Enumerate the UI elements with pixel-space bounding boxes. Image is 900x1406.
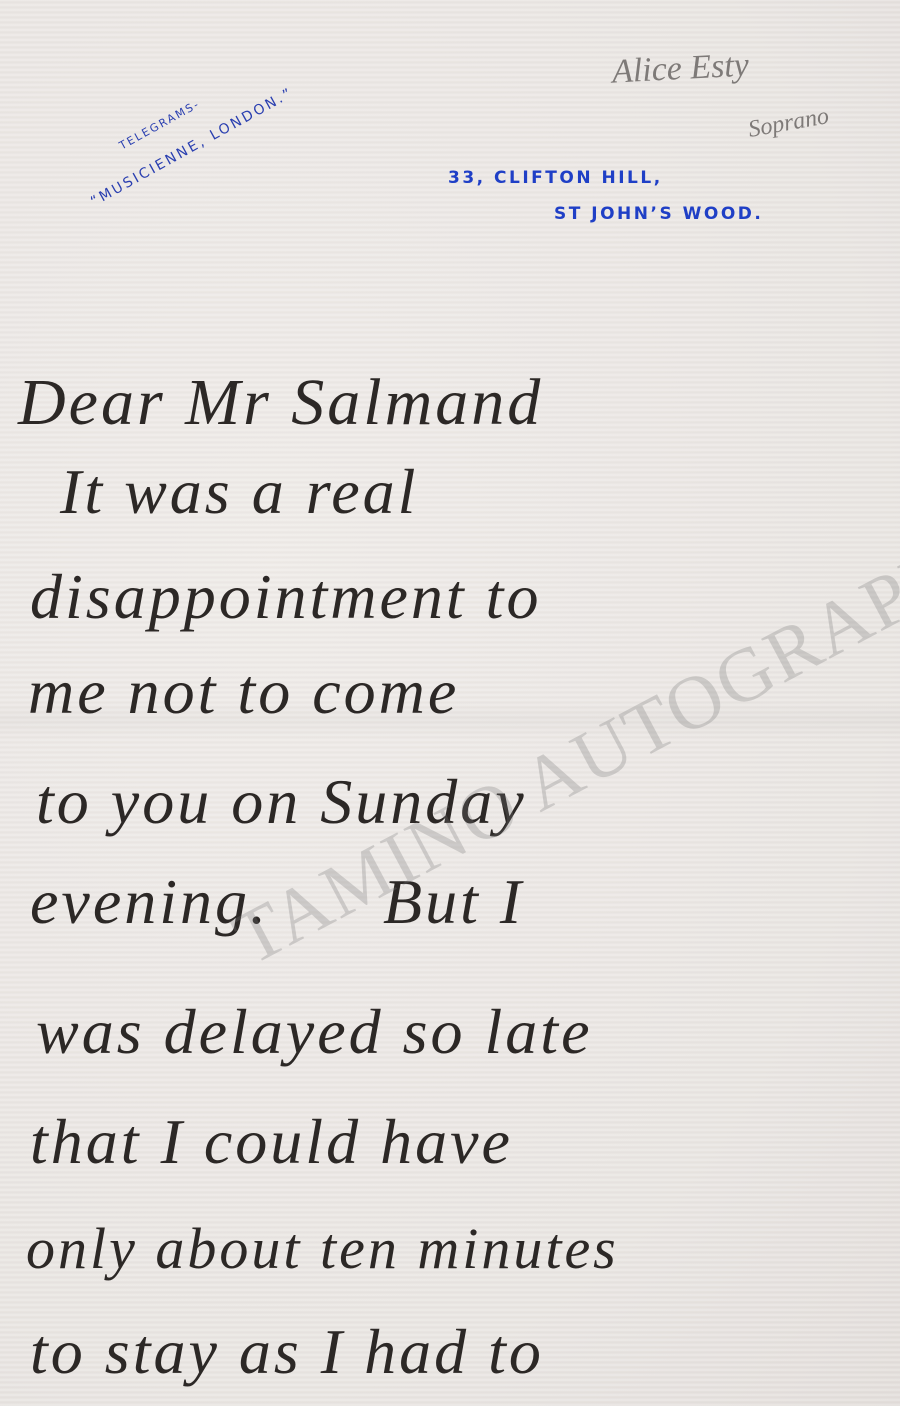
letter-line: It was a real [60,460,418,524]
letter-line-salutation: Dear Mr Salmand [18,370,543,436]
letter-line: only about ten minutes [26,1220,619,1278]
pencil-annotation-name: Alice Esty [611,46,750,91]
address-line-2: ST JOHN’S WOOD. [554,204,763,224]
letter-line: was delayed so late [36,1000,592,1064]
letter-line: disappointment to [30,565,541,629]
letter-line: me not to come [28,660,459,724]
address-line-1: 33, CLIFTON HILL, [448,168,663,188]
letter-line: that I could have [30,1110,513,1174]
letter-line: to stay as I had to [30,1320,544,1384]
